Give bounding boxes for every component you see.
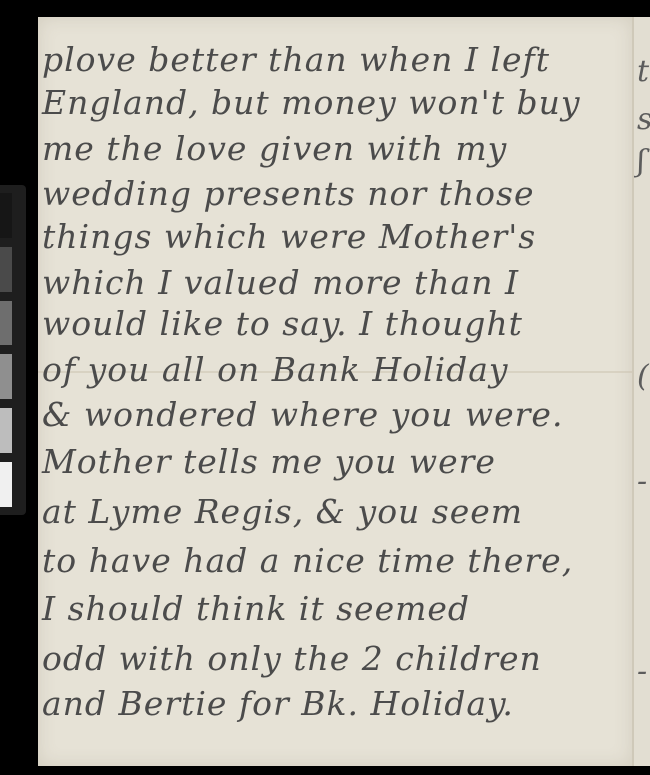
swatch-light-grey bbox=[0, 408, 12, 453]
text-line: wedding presents nor those bbox=[42, 177, 535, 210]
text-line: which I valued more than I bbox=[42, 266, 519, 299]
edge-mark: s bbox=[637, 105, 650, 135]
text-line: at Lyme Regis, & you seem bbox=[42, 495, 523, 528]
text-line: odd with only the 2 children bbox=[42, 642, 542, 675]
edge-mark: - bbox=[637, 467, 647, 497]
adjacent-page-edge: t s ʃ ( - - bbox=[632, 17, 650, 766]
text-line: plove better than when I left bbox=[42, 43, 550, 76]
text-line: things which were Mother's bbox=[42, 220, 536, 253]
text-line: & wondered where you were. bbox=[42, 398, 563, 431]
text-line: Mother tells me you were bbox=[42, 445, 496, 478]
text-line: England, but money won't buy bbox=[42, 86, 580, 119]
text-line: of you all on Bank Holiday bbox=[42, 353, 509, 386]
color-calibration-strip bbox=[0, 185, 26, 515]
text-line: and Bertie for Bk. Holiday. bbox=[42, 687, 514, 720]
text-line: would like to say. I thought bbox=[42, 307, 523, 340]
letter-page: plove better than when I left England, b… bbox=[38, 17, 632, 766]
edge-mark: ʃ bbox=[637, 147, 645, 177]
edge-mark: t bbox=[637, 57, 649, 87]
edge-mark: - bbox=[637, 657, 647, 687]
swatch-dark-grey bbox=[0, 247, 12, 292]
swatch-white bbox=[0, 462, 12, 507]
swatch-black bbox=[0, 193, 12, 238]
swatch-grey bbox=[0, 354, 12, 399]
text-line: me the love given with my bbox=[42, 132, 507, 165]
text-line: to have had a nice time there, bbox=[42, 544, 573, 577]
swatch-mid-grey bbox=[0, 301, 12, 346]
text-line: I should think it seemed bbox=[42, 592, 470, 625]
edge-mark: ( bbox=[637, 362, 649, 392]
